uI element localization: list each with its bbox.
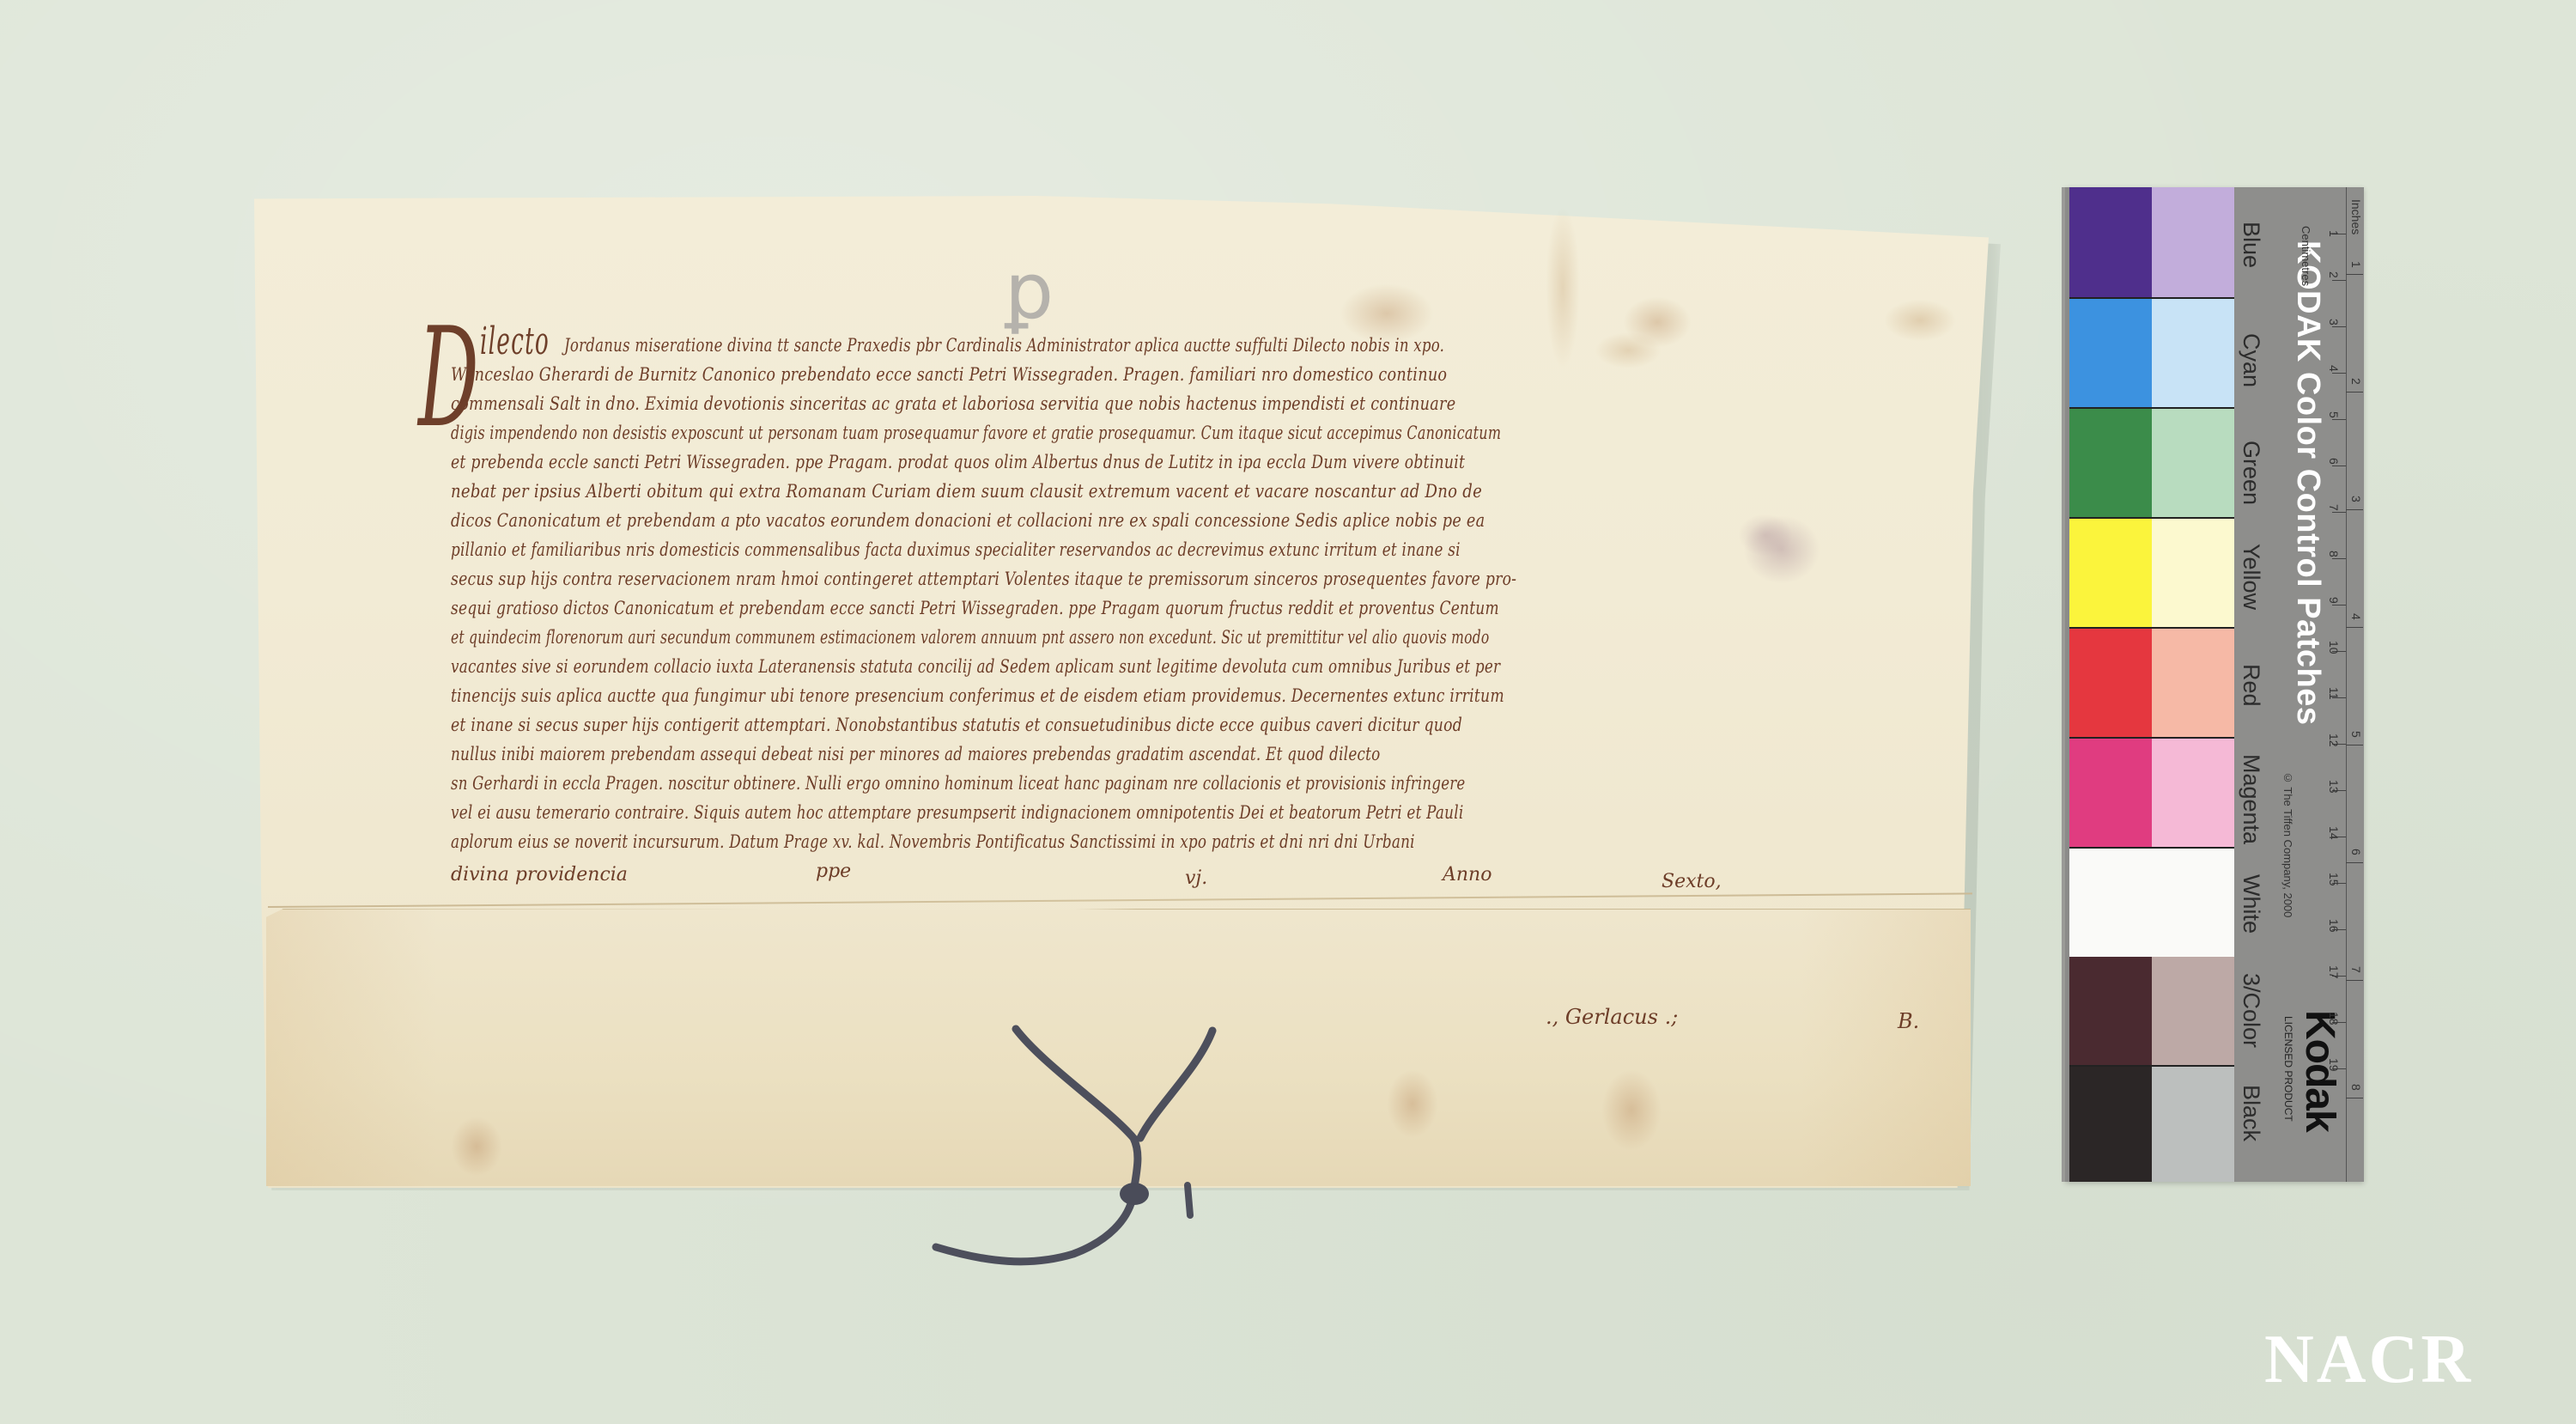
label-blue: Blue xyxy=(2238,222,2264,268)
patch-black-light xyxy=(2152,1067,2234,1182)
label-3color: 3/Color xyxy=(2238,973,2264,1048)
cm-tick xyxy=(2332,419,2346,420)
inch-label: 6 xyxy=(2349,849,2363,855)
ruler-label-centimetres: Centimetres xyxy=(2300,226,2312,286)
cm-label: 18 xyxy=(2327,1012,2341,1025)
inch-tick xyxy=(2346,274,2363,275)
patch-blue-dark xyxy=(2069,187,2152,299)
label-yellow: Yellow xyxy=(2238,544,2264,610)
light-patch-column xyxy=(2152,187,2234,1182)
cm-label: 2 xyxy=(2327,271,2341,278)
cm-label: 10 xyxy=(2327,641,2341,654)
kodak-color-card: Blue Cyan Green Yellow Red Magenta White… xyxy=(2065,187,2364,1182)
cm-label: 17 xyxy=(2327,965,2341,979)
inch-label: 8 xyxy=(2349,1084,2363,1091)
dark-patch-column xyxy=(2069,187,2152,1182)
ruler-label-inches: Inches xyxy=(2349,199,2363,234)
cm-tick xyxy=(2332,280,2346,281)
inch-tick xyxy=(2346,1098,2363,1098)
cm-tick xyxy=(2332,466,2346,466)
cm-label: 13 xyxy=(2327,780,2341,794)
patch-3color-light xyxy=(2152,957,2234,1067)
label-magenta: Magenta xyxy=(2238,754,2264,844)
inch-tick xyxy=(2346,627,2363,628)
inch-label: 2 xyxy=(2349,378,2363,385)
patch-blue-light xyxy=(2152,187,2234,299)
licensed-product: LICENSED PRODUCT xyxy=(2282,1016,2294,1122)
label-white: White xyxy=(2238,874,2264,934)
patch-magenta-light xyxy=(2152,739,2234,849)
cm-label: 9 xyxy=(2327,597,2341,604)
patch-3color-dark xyxy=(2069,957,2152,1067)
cm-label: 11 xyxy=(2327,687,2341,700)
label-green: Green xyxy=(2238,441,2264,505)
patch-magenta-dark xyxy=(2069,739,2152,849)
cm-tick xyxy=(2332,558,2346,559)
cm-label: 6 xyxy=(2327,458,2341,465)
label-cyan: Cyan xyxy=(2238,333,2264,387)
label-black: Black xyxy=(2238,1085,2264,1141)
patch-black-dark xyxy=(2069,1067,2152,1182)
patch-cyan-light xyxy=(2152,299,2234,409)
patch-yellow-dark xyxy=(2069,519,2152,629)
cm-label: 14 xyxy=(2327,826,2341,840)
inch-label: 5 xyxy=(2349,731,2363,738)
ruler-divider xyxy=(2346,187,2347,1182)
cm-label: 3 xyxy=(2327,319,2341,326)
cm-label: 8 xyxy=(2327,551,2341,557)
inch-label: 4 xyxy=(2349,613,2363,620)
cm-tick xyxy=(2332,512,2346,513)
ruler: Inches Centimetres 1 2 3 4 5 6 7 8 9 10 … xyxy=(2327,187,2364,1182)
patch-green-light xyxy=(2152,409,2234,519)
cm-label: 7 xyxy=(2327,504,2341,511)
card-label-strip: Blue Cyan Green Yellow Red Magenta White… xyxy=(2234,187,2364,1182)
cm-tick xyxy=(2332,373,2346,374)
inch-label: 7 xyxy=(2349,966,2363,973)
cm-tick xyxy=(2332,326,2346,327)
inch-tick xyxy=(2346,980,2363,981)
cm-label: 1 xyxy=(2327,230,2341,237)
cm-label: 19 xyxy=(2327,1058,2341,1072)
inch-label: 1 xyxy=(2349,261,2363,268)
patch-green-dark xyxy=(2069,409,2152,519)
inch-tick xyxy=(2346,745,2363,745)
patch-red-light xyxy=(2152,629,2234,739)
cm-label: 15 xyxy=(2327,873,2341,886)
inch-label: 3 xyxy=(2349,496,2363,502)
inch-tick xyxy=(2346,509,2363,510)
cm-label: 5 xyxy=(2327,411,2341,418)
cm-label: 4 xyxy=(2327,365,2341,372)
cm-tick xyxy=(2332,605,2346,606)
patch-red-dark xyxy=(2069,629,2152,739)
inch-tick xyxy=(2346,862,2363,863)
card-copyright: © The Tiffen Company, 2000 xyxy=(2281,771,2294,917)
patch-yellow-light xyxy=(2152,519,2234,629)
inch-tick xyxy=(2346,392,2363,393)
cm-label: 16 xyxy=(2327,919,2341,933)
patch-cyan-dark xyxy=(2069,299,2152,409)
cm-label: 12 xyxy=(2327,733,2341,747)
card-title: KODAK Color Control Patches xyxy=(2289,240,2326,726)
label-red: Red xyxy=(2238,664,2264,707)
nacr-watermark: NACR xyxy=(2264,1321,2473,1399)
